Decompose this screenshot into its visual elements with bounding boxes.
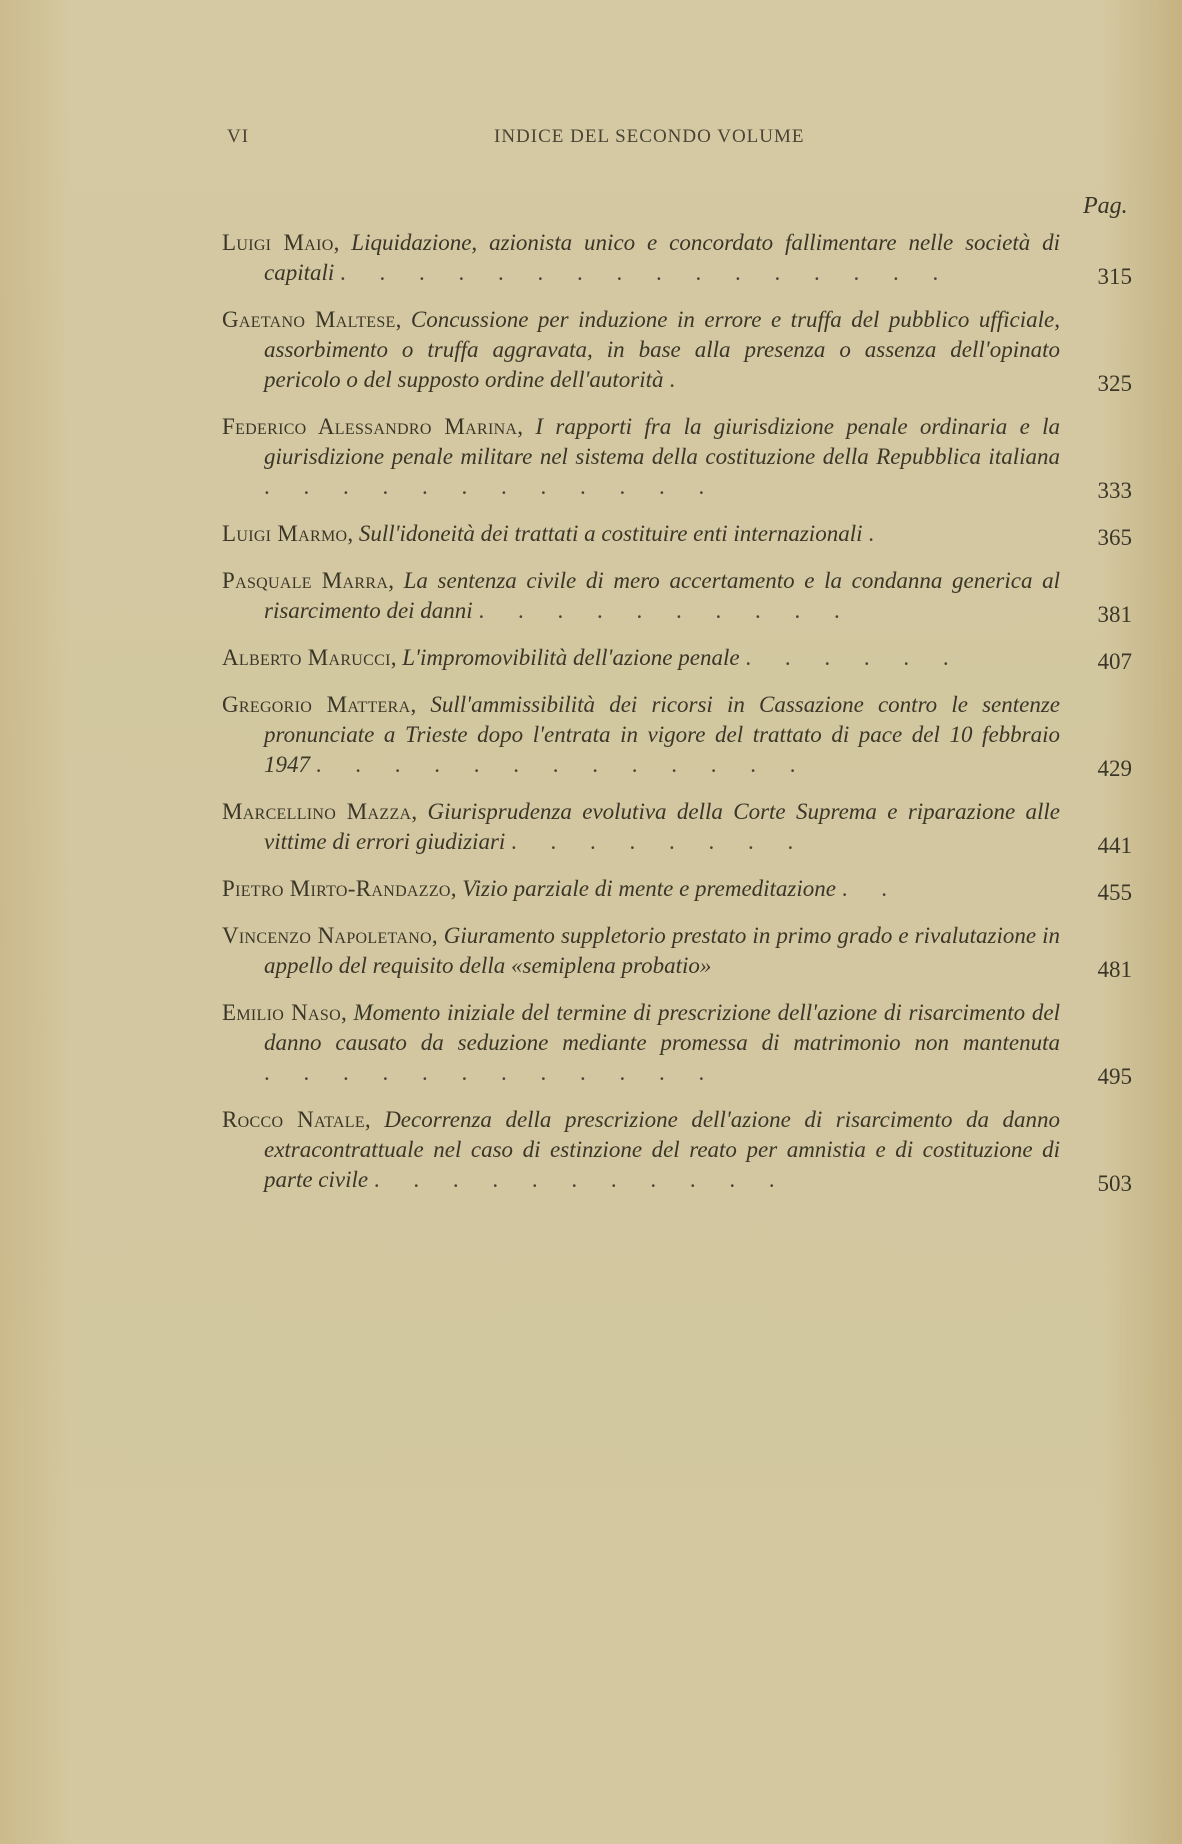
entry-page-number: 325 (1072, 369, 1132, 399)
dot-leader: . . . . . . . . (511, 829, 807, 854)
dot-leader: . . . . . . (745, 645, 962, 670)
entry-title: Vizio parziale di mente e premeditazione (462, 876, 836, 901)
dot-leader: . . . . . . . . . . . . (264, 1060, 718, 1085)
entry-page-number: 495 (1072, 1062, 1132, 1092)
page-folio: VI (227, 126, 249, 148)
entry-author: Rocco Natale (222, 1107, 365, 1132)
toc-entry: Rocco Natale, Decorrenza della prescrizi… (222, 1105, 1132, 1195)
entry-author: Vincenzo Napoletano (222, 923, 432, 948)
toc-entry: Luigi Maio, Liquidazione, azionista unic… (222, 228, 1132, 288)
entry-author: Luigi Maio (222, 230, 334, 255)
entry-title: L'impromovibilità dell'azione penale (402, 645, 739, 670)
entry-page-number: 429 (1072, 754, 1132, 784)
toc-entry: Alberto Marucci, L'impromovibilità dell'… (222, 643, 1132, 673)
toc-entry: Gregorio Mattera, Sull'ammissibilità dei… (222, 690, 1132, 780)
entry-page-number: 503 (1072, 1169, 1132, 1199)
entry-page-number: 441 (1072, 831, 1132, 861)
dot-leader: . (868, 521, 888, 546)
running-head-title: INDICE DEL SECONDO VOLUME (494, 126, 805, 148)
dot-leader: . . . . . . . . . . . (374, 1167, 789, 1192)
book-page: VI INDICE DEL SECONDO VOLUME Pag. Luigi … (0, 0, 1182, 1844)
entry-author: Luigi Marmo (222, 521, 347, 546)
toc-entry: Emilio Naso, Momento iniziale del termin… (222, 998, 1132, 1088)
entry-title: Momento iniziale del termine di prescriz… (264, 1000, 1060, 1055)
dot-leader: . . . . . . . . . . (478, 598, 853, 623)
running-head: VI INDICE DEL SECONDO VOLUME (227, 126, 1127, 156)
toc-entry: Vincenzo Napoletano, Giuramento suppleto… (222, 921, 1132, 981)
dot-leader: . . (842, 876, 901, 901)
entry-page-number: 481 (1072, 955, 1132, 985)
entry-page-number: 407 (1072, 647, 1132, 677)
dot-leader: . . . . . . . . . . . . . (316, 752, 810, 777)
toc-entry: Pasquale Marra, La sentenza civile di me… (222, 566, 1132, 626)
toc-entry: Luigi Marmo, Sull'idoneità dei trattati … (222, 519, 1132, 549)
entry-page-number: 333 (1072, 476, 1132, 506)
entry-author: Emilio Naso (222, 1000, 341, 1025)
dot-leader: . . . . . . . . . . . . . . . . (340, 260, 952, 285)
dot-leader: . . . . . . . . . . . . (264, 474, 718, 499)
entry-author: Federico Alessandro Marina (222, 414, 517, 439)
entry-page-number: 365 (1072, 523, 1132, 553)
toc-entry: Gaetano Maltese, Concussione per induzio… (222, 305, 1132, 395)
entry-title: Sull'idoneità dei trattati a costituire … (359, 521, 863, 546)
table-of-contents: Luigi Maio, Liquidazione, azionista unic… (222, 228, 1132, 1212)
entry-author: Alberto Marucci (222, 645, 391, 670)
entry-author: Gregorio Mattera (222, 692, 410, 717)
toc-entry: Federico Alessandro Marina, I rapporti f… (222, 412, 1132, 502)
toc-entry: Marcellino Mazza, Giurisprudenza evoluti… (222, 797, 1132, 857)
dot-leader: . (669, 367, 689, 392)
entry-author: Gaetano Maltese (222, 307, 396, 332)
entry-page-number: 381 (1072, 600, 1132, 630)
entry-author: Pasquale Marra (222, 568, 388, 593)
entry-page-number: 315 (1072, 262, 1132, 292)
toc-entry: Pietro Mirto-Randazzo, Vizio parziale di… (222, 874, 1132, 904)
page-column-label: Pag. (1083, 193, 1128, 220)
entry-author: Marcellino Mazza (222, 799, 411, 824)
entry-page-number: 455 (1072, 878, 1132, 908)
entry-author: Pietro Mirto-Randazzo (222, 876, 451, 901)
